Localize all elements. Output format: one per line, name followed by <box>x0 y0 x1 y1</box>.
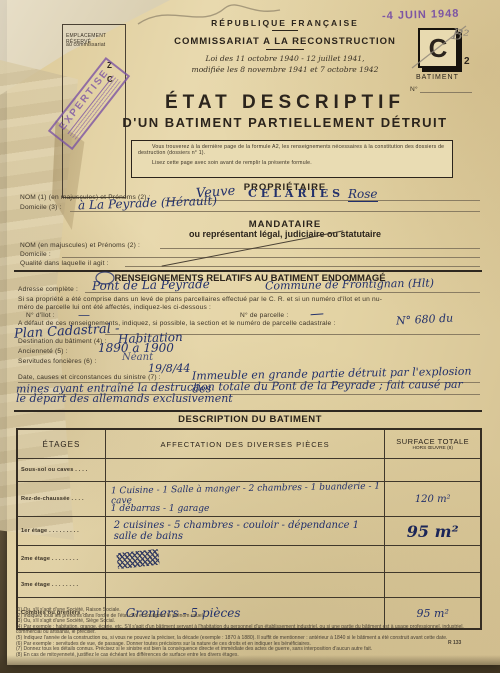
row1-surface: 120 m² <box>385 482 481 517</box>
col-surface-line1: SURFACE TOTALE <box>386 437 479 446</box>
proprietaire-domicile-line <box>70 211 480 212</box>
sinistre-line3: le départ des allemands exclusivement <box>16 392 316 405</box>
row0-affectation <box>105 459 385 482</box>
row4-affectation <box>105 573 385 598</box>
row3-affectation <box>105 546 385 573</box>
col-etages: ÉTAGES <box>17 429 105 459</box>
table-row: 3me étage . . . . . . . . <box>17 573 481 598</box>
scribble-mark <box>116 549 159 569</box>
adresse-label: Adresse complète : <box>18 286 78 293</box>
mandataire-subheading: ou représentant légal, judiciaire ou sta… <box>110 229 460 239</box>
table-row: Rez-de-chaussée . . . . 1 Cuisine - 1 Sa… <box>17 482 481 517</box>
pencil-scribble <box>130 0 300 34</box>
parcellaire-para1: Si sa propriété a été comprise dans un l… <box>18 296 480 303</box>
title-line2: D'UN BATIMENT PARTIELLEMENT DÉTRUIT <box>95 115 475 130</box>
bottom-shadow <box>0 655 500 673</box>
table-header-row: ÉTAGES AFFECTATION DES DIVERSES PIÈCES S… <box>17 429 481 459</box>
table-row: 2me étage . . . . . . . . <box>17 546 481 573</box>
notice-box: Vous trouverez à la dernière page de la … <box>131 140 453 178</box>
row1-etage: Rez-de-chaussée . . . . <box>17 482 105 517</box>
row2-etage: 1er étage . . . . . . . . . <box>17 517 105 546</box>
destination-label: Destination du bâtiment (4) : <box>18 338 107 345</box>
row4-etage: 3me étage . . . . . . . . <box>17 573 105 598</box>
republic-heading: RÉPUBLIQUE FRANÇAISE <box>140 18 430 28</box>
description-heading: DESCRIPTION DU BATIMENT <box>130 414 370 425</box>
mandataire-nom-line <box>160 248 480 249</box>
mandataire-qualite-label: Qualité dans laquelle il agit : <box>20 260 109 267</box>
ilot-label: N° d'îlot : <box>26 312 55 319</box>
title-line1: ÉTAT DESCRIPTIF <box>120 92 450 114</box>
notice-line2: destruction (dossiers n° 1). <box>138 150 446 156</box>
col-surface-line2: HORS ŒUVRE (8) <box>386 446 479 451</box>
sinistre-label: Date, causes et circonstances du sinistr… <box>18 374 161 381</box>
proprietaire-domicile-label: Domicile (3) : <box>20 204 62 211</box>
row1-affectation-line1: 1 Cuisine - 1 Salle à manger - 2 chambre… <box>107 482 384 507</box>
commissariat-heading: COMMISSARIAT A LA RECONSTRUCTION <box>120 36 450 47</box>
row3-surface <box>385 546 481 573</box>
row1-affectation: 1 Cuisine - 1 Salle à manger - 2 chambre… <box>105 482 385 517</box>
proprietaire-nom-rose: Rose <box>348 187 378 202</box>
page-mark: R 133 <box>448 640 461 646</box>
notice-line3: Lisez cette page avec soin avant de remp… <box>138 160 446 166</box>
section-divider <box>14 270 482 272</box>
row3-etage: 2me étage . . . . . . . . <box>17 546 105 573</box>
mandataire-domicile-line <box>62 257 480 258</box>
anciennete-label: Ancienneté (5) : <box>18 348 68 355</box>
adresse-value: Pont de La Peyrade <box>92 277 210 293</box>
parcelle-label: N° de parcelle : <box>240 312 288 319</box>
row0-surface <box>385 459 481 482</box>
row2-affectation: 2 cuisines - 5 chambres - couloir - dépe… <box>105 517 385 546</box>
pencil-note: B² <box>451 25 470 45</box>
row4-surface <box>385 573 481 598</box>
proprietaire-nom-celaries: CELARIES <box>248 187 344 200</box>
mandataire-qualite-line <box>125 266 480 267</box>
law-line1: Loi des 11 octobre 1940 - 12 juillet 194… <box>130 54 440 63</box>
republic-underline <box>272 30 298 31</box>
servitudes-label: Servitudes foncières (6) : <box>18 358 97 365</box>
badge-label: BATIMENT <box>416 74 459 81</box>
footnotes-block: (1) Ou, s'il s'agit d'une Société, Raiso… <box>16 608 482 658</box>
table-row: Sous-sol ou caves . . . . <box>17 459 481 482</box>
mandataire-domicile-label: Domicile : <box>20 251 51 258</box>
scanned-document-photo: EMPLACEMENT RÉSERVÉ au commissariat Z C … <box>0 0 500 673</box>
reserved-box-line2: au commissariat <box>66 42 122 48</box>
description-table: ÉTAGES AFFECTATION DES DIVERSES PIÈCES S… <box>16 428 482 630</box>
col-affectation: AFFECTATION DES DIVERSES PIÈCES <box>105 429 385 459</box>
row2-surface: 95 m² <box>385 517 481 546</box>
table-row: 1er étage . . . . . . . . . 2 cuisines -… <box>17 517 481 546</box>
commissariat-underline <box>266 49 304 50</box>
row0-etage: Sous-sol ou caves . . . . <box>17 459 105 482</box>
description-divider <box>14 410 482 412</box>
mandataire-nom-label: NOM (en majuscules) et Prénoms (2) : <box>20 242 140 249</box>
col-surface: SURFACE TOTALE HORS ŒUVRE (8) <box>385 429 481 459</box>
law-line2: modifiée les 8 novembre 1941 et 7 octobr… <box>120 65 450 74</box>
